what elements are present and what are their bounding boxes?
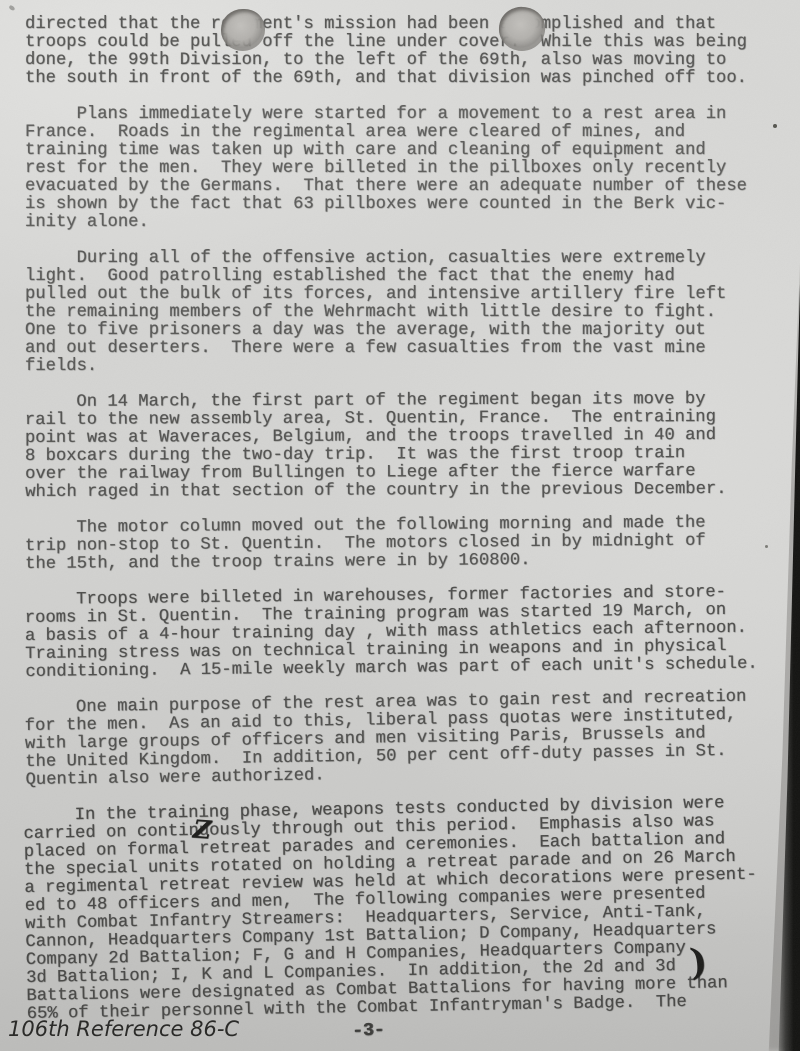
ink-speck: [773, 124, 777, 128]
document-page: directed that the regiment's mission had…: [0, 0, 800, 1051]
paragraph: One main purpose of the rest area was to…: [24, 688, 797, 790]
paragraph: On 14 March, the first part of the regim…: [25, 391, 797, 502]
handwritten-correction-mark: Z: [192, 814, 212, 844]
paragraph: Plans immediately were started for a mov…: [25, 106, 797, 232]
page-number: -3-: [352, 1020, 385, 1041]
paragraph: In the training phase, weapons tests con…: [23, 794, 799, 1024]
paragraph: During all of the offensive action, casu…: [25, 250, 797, 376]
paragraph: Troops were billeted in warehouses, form…: [24, 583, 797, 682]
ink-blot: [221, 9, 265, 51]
reference-watermark-label: 106th Reference 86-C: [8, 1017, 239, 1041]
paragraph: directed that the regiment's mission had…: [25, 16, 797, 88]
typed-text-column: directed that the regiment's mission had…: [25, 16, 797, 1042]
ink-speck: [765, 545, 768, 548]
paragraph: The motor column moved out the following…: [25, 514, 797, 574]
ink-speck: [8, 5, 15, 11]
